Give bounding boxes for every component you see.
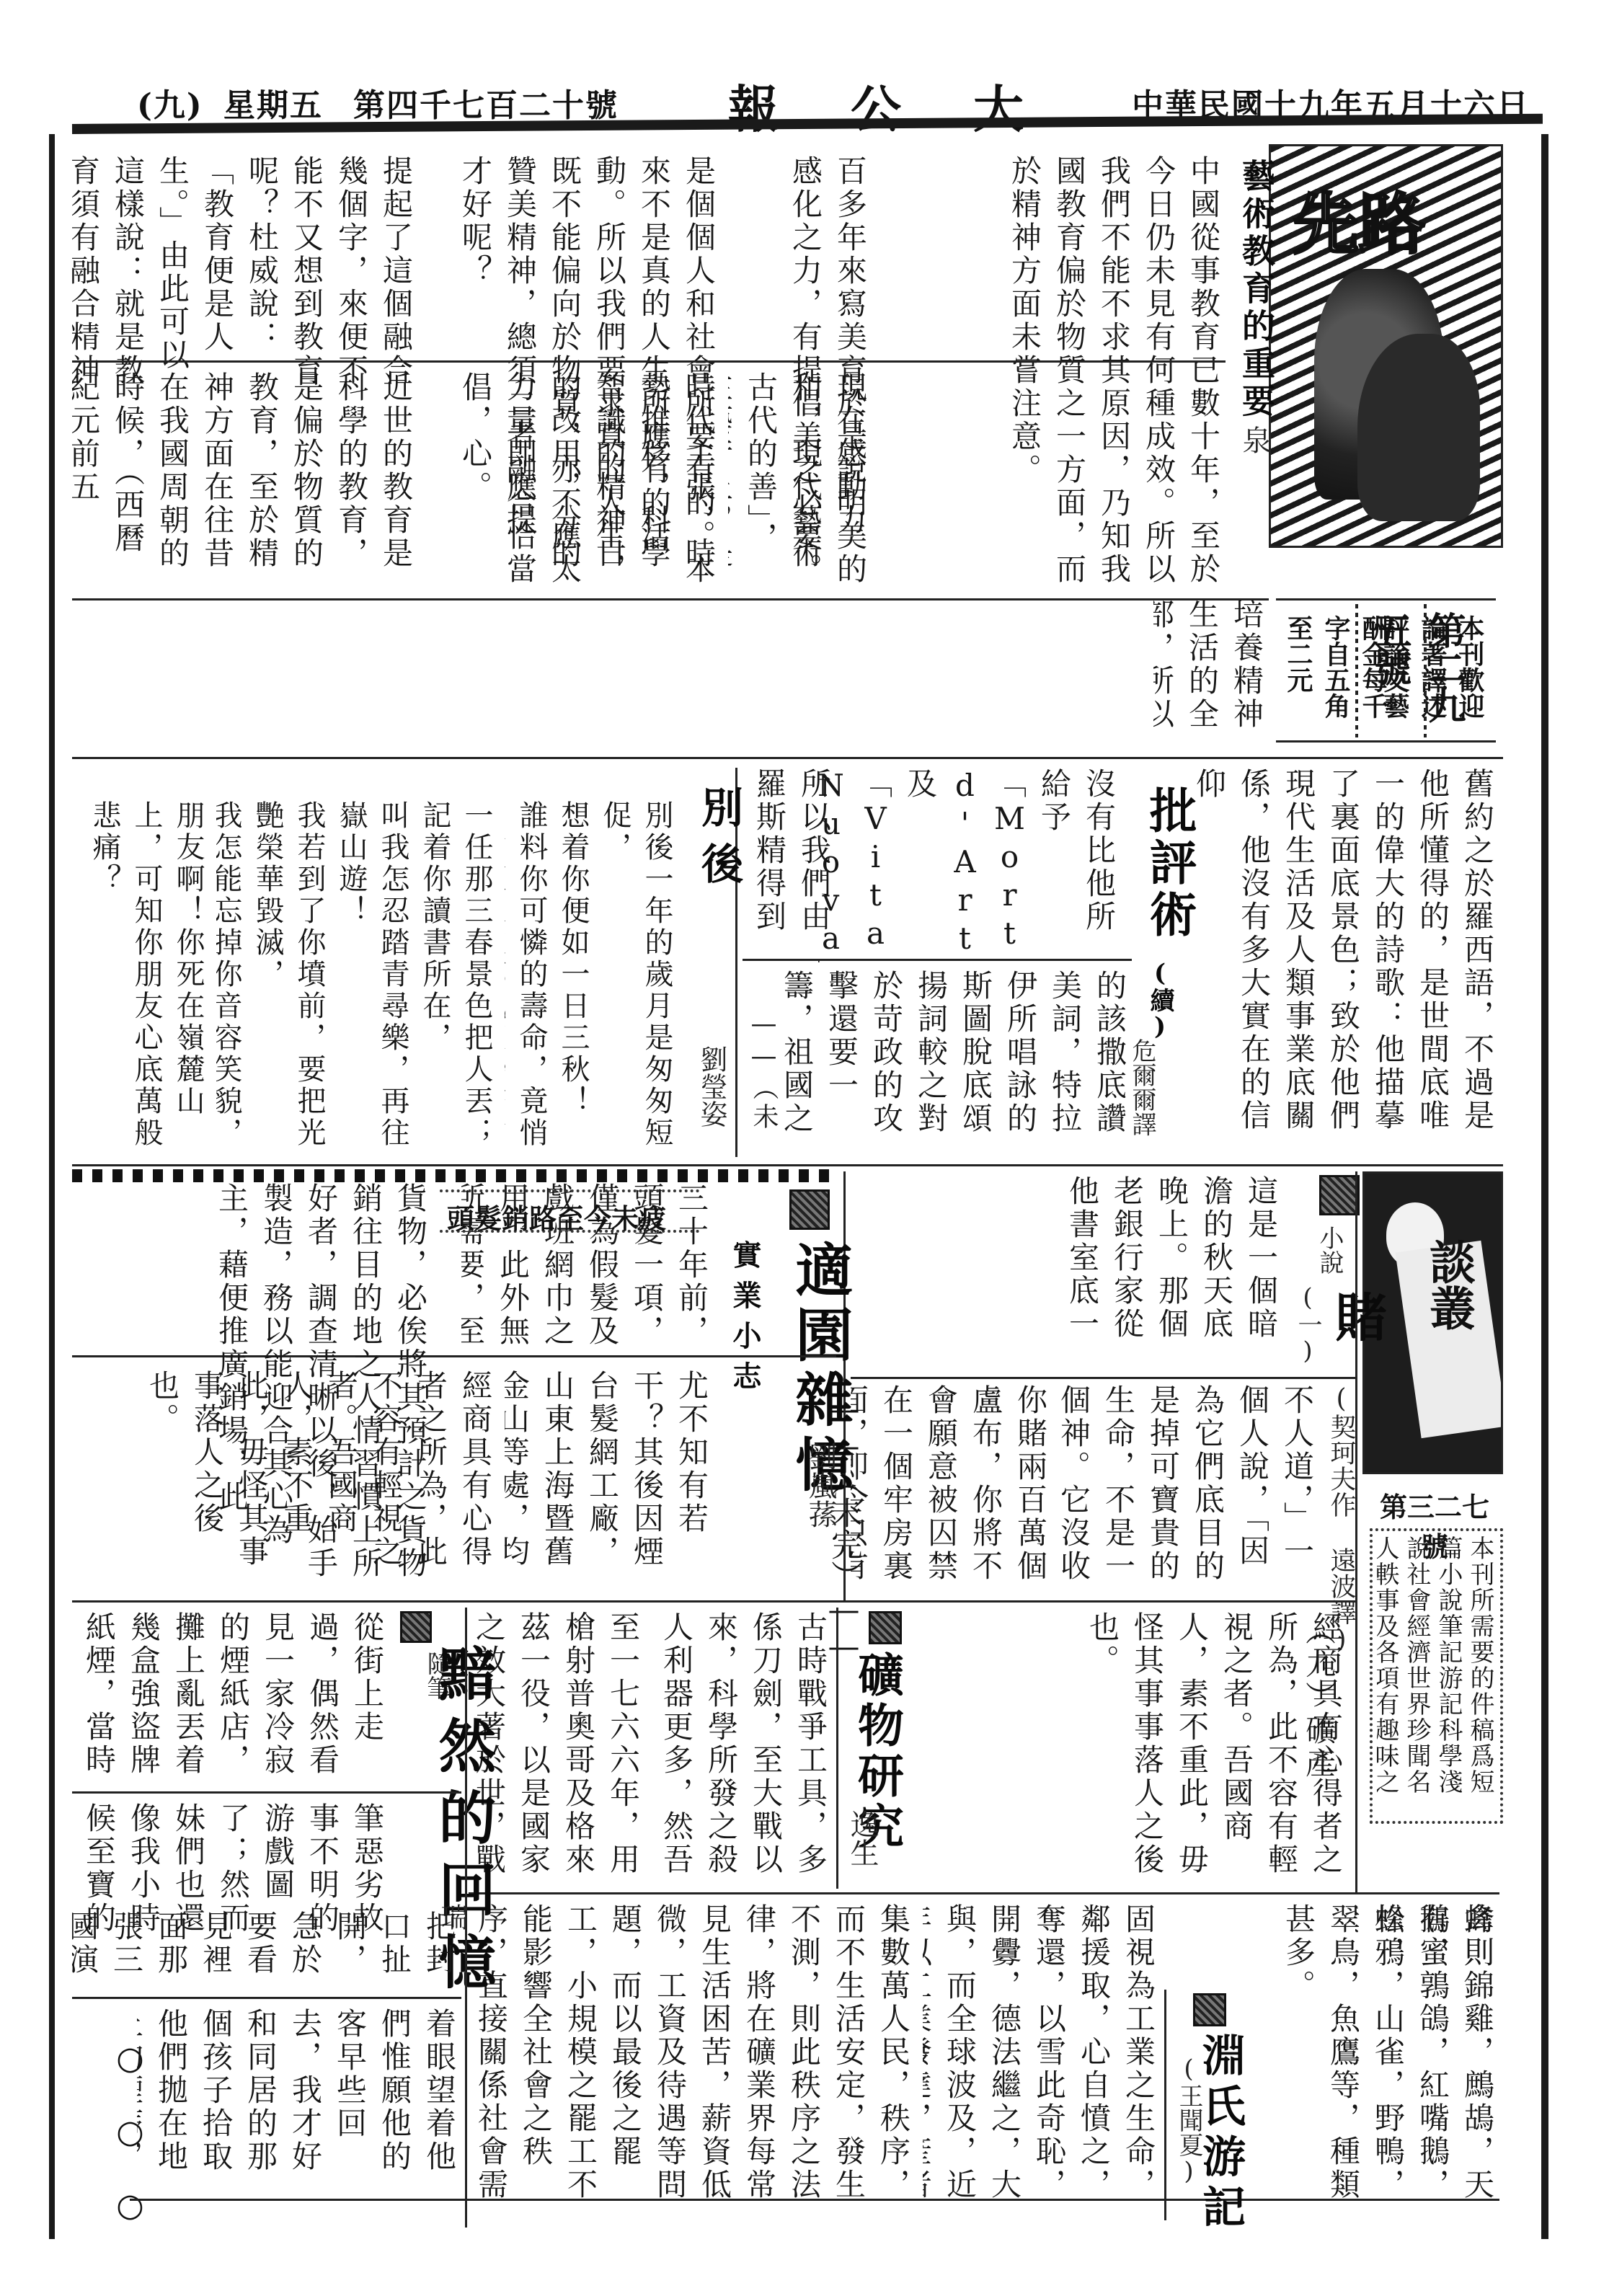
minerals-column-1: 古時戰爭工具，多係刀劍，至大戰以來，科學所發之殺人利器更多，然吾人一研究近代各種… — [652, 1611, 833, 1885]
travel-column-2: 蜂則有蜜蜂，黃蜂，土蜂，水蜂，獸則有豹，野豬，麋，鹿，兔，山羊等物產 — [1355, 1903, 1499, 1982]
poem-line: 我怎能忘掉你音容笑貌， — [216, 800, 242, 1149]
criticism-title: 批評術 — [1135, 786, 1204, 941]
criticism-column-3: 所以我們由羅斯精得到種洽與史文朋相反的關於德與藝術底關係底解說「……一個阜吉爾詩… — [743, 768, 836, 948]
poem-line: 別後一年的歲月是匆匆短促， — [598, 800, 673, 1149]
chapter-heading: （九）礦產 — [1301, 1615, 1337, 1781]
poem-lines-1: 別後一年的歲月是匆匆短促， 想着你便如一日三秋！ 誰料你可憐的壽命，竟悄悄的湮沒… — [505, 800, 678, 1153]
article-column-7: 時代主張，時勢推移，科學智識的精神日的改用，分的力量即應提倡，心。 — [425, 371, 721, 588]
paper-name-char-3: 報 — [728, 69, 780, 142]
poem-lines-2: 一任那三春景色把人丟； 記着你讀書所在， 叫我怎忍踏青尋樂，再往嶽山遊！ 我若到… — [216, 800, 497, 1153]
article-column-1: 中國從事教育已數十年，至於今日仍未見有何種成效。所以我們不能不求其原因，乃知我國… — [879, 155, 1226, 595]
section-divider — [72, 1600, 1355, 1603]
story-part: (一) — [1290, 1283, 1326, 1365]
poem-line: 叫我怎忍踏青尋樂，再往嶽山遊！ — [334, 800, 409, 1149]
shiyuan-subheading: 頭髮銷路至今未疲 — [447, 1197, 666, 1236]
issue-number: 第四千七百二十號 — [353, 79, 619, 125]
section-badge-icon — [400, 1611, 432, 1643]
story-column-4: 你賭兩百萬個盧布，你將不會願意被囚禁在一個牢房裏面，即令只有五年。」「假如那是認… — [851, 1384, 1052, 1593]
criticism-column-4: 的該撒底讚美詞，特拉伊所唱詠的斯圖脫底頌揚詞較之對於苛政的攻擊還要一籌，祖國之愛… — [771, 970, 1132, 1150]
story-category: 小說 — [1312, 1225, 1347, 1275]
section-badge-icon — [869, 1611, 902, 1644]
poem-lines-3: 朋友啊！你死在嶺麓山上，可知你朋友心底萬般悲痛？ — [72, 800, 209, 1153]
shiyuan-author: 劉嵐蓀 — [800, 1442, 841, 1528]
essay-separator: ○ ○ ○ — [108, 2040, 151, 2224]
story-column-1: 這是一個暗澹的秋天底晚上。那個老銀行家從他書室底一些角落裏來回的踱着。十五年以前… — [1060, 1175, 1283, 1370]
column-divider — [465, 1608, 467, 2228]
story-column-3 — [851, 1175, 1052, 1370]
section-divider — [469, 1892, 1499, 1894]
criticism-end-mark: ——（未完）—— — [743, 1009, 786, 1153]
issue-box: 本刊歡迎論著譯述評論文藝 第二九五號 酬金每千字自五角至二元 — [1276, 598, 1496, 743]
section-divider — [72, 1164, 1503, 1166]
column-divider — [836, 1608, 838, 1889]
poem-line: 想着你便如一日三秋！ — [557, 800, 590, 1117]
section-divider — [851, 1377, 1355, 1379]
illustration-title: 談叢 — [1415, 1238, 1481, 1331]
essay-column-4: 着眼望着他們惟願他的客早些回去，我才好和同居的那個孩子拾取他們拋在地上的煙蒂，等… — [137, 2008, 461, 2202]
minerals-author: 逸生 — [842, 1809, 883, 1867]
illustration-title: 先路 — [1293, 172, 1425, 267]
poem-line: 朋友啊！你死在嶺麓山上，可知你朋友心底萬般悲痛？ — [88, 800, 205, 1149]
shiyuan-subsection: 實業小志 — [724, 1240, 766, 1401]
minerals-column-4: 固視為工業之生命，鄰援取，心自憤之，奪還，以雪此奇恥，開釁，德法繼之，大與，而全… — [923, 1903, 1161, 2220]
notice-text: 本刊所需要的件稿爲短篇小說筆記游記科學淺說社會經濟世界珍聞名人軼事及各項有趣味之… — [1377, 1535, 1496, 1817]
criticism-column-2: 沒有比他所給予「Morte d'Arthur」及「Vita Nuova」的多。但… — [804, 768, 1121, 962]
shiyuan-column-2: 尤不知有若干？其後因煙台髮網工廠，山東上海暨舊金山等處，均需此項原料，於是銷路益… — [505, 1370, 714, 1593]
article-column-5: 提起了這個融合幾個字，來便不能不又想到教育呢？杜威說：「教育便是人生。」由此可以… — [72, 155, 418, 393]
minerals-chapter-9: （九）礦產 — [1197, 1615, 1341, 1889]
section-badge-icon — [1319, 1175, 1360, 1215]
article-column-3: 培養精神生活的全部，所以我們不必僅求表面的美善，要求達到藝術的核心，玩味。 — [1153, 598, 1269, 757]
essay-column-3: 把封口扯開，急於要看見裡面那張三國演義的人物畫片，不料已變成橫繪的畫片。 — [72, 1910, 461, 1990]
section-divider — [72, 598, 1269, 600]
section-divider — [72, 360, 1226, 363]
poem-author: 劉瑩姿 — [692, 1045, 732, 1127]
section-badge-icon — [789, 1189, 830, 1230]
illustration-xianlu: 先路 — [1269, 144, 1503, 548]
minerals-column-3: 集數萬人民，秩序，而不生活安定，發生不測，則此秩序之法律，將在礦業界每常見生活困… — [469, 1903, 916, 2220]
horse-icon — [1357, 334, 1480, 521]
notice-box: 本刊所需要的件稿爲短篇小說筆記游記科學淺說社會經濟世界珍聞名人軼事及各項有趣味之… — [1370, 1528, 1503, 1824]
section-badge-icon — [1193, 1993, 1226, 2026]
article-column-8: 現在感動力和，現代藝術古代的善」，在藝術上，是至愚的涵養善惡 — [728, 371, 872, 588]
weekday: 星期五 — [223, 79, 323, 125]
story-column-2: 不人道，」一個人說，「因為它們底目的是掉可寶貴的生命，不是一個神。它沒收回着一個… — [1060, 1384, 1319, 1593]
criticism-column-1: 舊約之於羅西語，不過是他所懂得的，是世間底唯一的偉大的詩歌：他描摹了裏面底景色；… — [1197, 768, 1499, 1157]
article-column-6: 近世的教育是科學的教育，是偏於物質的教育，至於精神方面在往昔在我國周朝的時候，（… — [72, 371, 418, 588]
poem-line: 我若到了你墳前，要把光艷榮華毀滅， — [251, 800, 326, 1149]
paper-name-char-2: 公 — [851, 69, 903, 142]
decorative-rule — [72, 1169, 836, 1182]
paper-name-char-1: 大 — [973, 69, 1025, 142]
poem-title: 別後 — [688, 786, 749, 898]
middle-economics-column-2: 經商具有心得者之所為，此不容有輕視之者。吾國商人，素不重此，毋怪其事事落人之後也… — [72, 1370, 497, 1593]
essay-column-1: 從街上走過，偶然看見一家冷寂的煙紙店，攤上亂丟着幾盒強盜牌紙煙，當時便覺得，像這… — [72, 1611, 389, 1784]
section-divider — [743, 959, 1132, 961]
poem-line: 記着你讀書所在， — [418, 800, 451, 1054]
column-divider — [1355, 1171, 1357, 1892]
column-divider — [1164, 1990, 1166, 2220]
travel-author: (王聞夏) — [1171, 2055, 1207, 2186]
poem-line: 一任那三春景色把人丟； — [460, 800, 493, 1149]
section-divider — [72, 757, 1503, 759]
poem-line: 誰料你可憐的壽命，竟悄悄的湮沒在那風塵渺茫的辰州?! — [505, 800, 548, 1149]
page-number: (九) — [137, 79, 203, 125]
subheading-box: 頭髮銷路至今未疲 — [440, 1189, 699, 1233]
section-divider — [72, 1791, 461, 1794]
section-divider — [72, 1997, 461, 1999]
issue-payment: 酬金每千字自五角至二元 — [1280, 615, 1392, 741]
article-author: 泉 — [1234, 425, 1275, 454]
article-title: 藝術教育的重要 — [1233, 159, 1280, 421]
criticism-continued: (續) — [1143, 959, 1178, 1041]
